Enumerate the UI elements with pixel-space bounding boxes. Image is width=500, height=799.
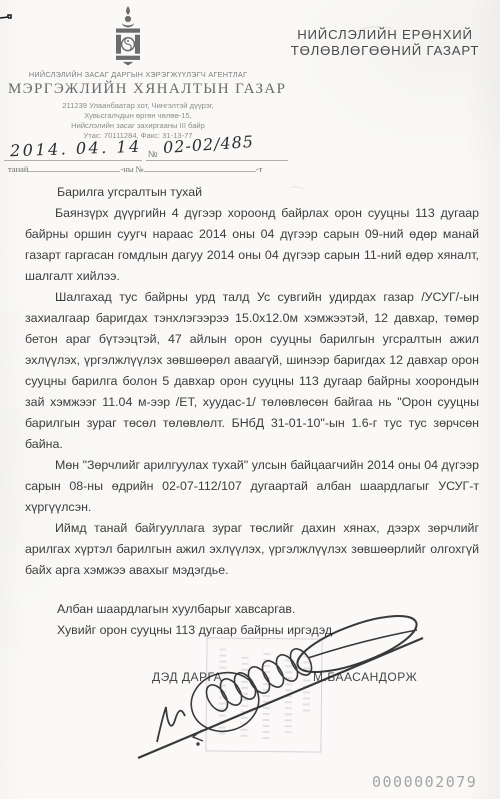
address-line: 211239 Улаанбаатар хот, Чингэлтэй дүүрэг… (8, 101, 268, 111)
your-ref-blank (28, 163, 120, 172)
scan-corner-mark (0, 13, 14, 21)
recipient-line: ТӨЛӨВЛӨГӨӨНИЙ ГАЗАРТ (282, 43, 488, 59)
your-ref-tail: -т (256, 164, 263, 174)
soyombo-emblem-icon (112, 6, 144, 66)
your-ref-line: танай-ны №-т (8, 163, 262, 174)
recipient-line: НИЙСЛЭЛИЙН ЕРӨНХИЙ (282, 27, 488, 43)
ref-underline (146, 160, 288, 161)
soyombo-moon (122, 23, 135, 27)
paragraph: Мөн "Зөрчлийг арилгуулах тухай" улсын ба… (25, 455, 479, 518)
issuing-agency-block: НИЙСЛЭЛИЙН ЗАСАГ ДАРГЫН ХЭРЭГЖҮҮЛЭГЧ АГЕ… (8, 70, 268, 141)
agency-parent-name: НИЙСЛЭЛИЙН ЗАСАГ ДАРГЫН ХЭРЭГЖҮҮЛЭГЧ АГЕ… (8, 70, 268, 79)
your-ref-label: танай (8, 164, 28, 174)
address-line: Нийслэлийн засаг захиргааны III байр (8, 121, 268, 131)
paragraph: Шалгахад тус байрны урд талд Ус сувгийн … (25, 287, 479, 455)
recipient-block: НИЙСЛЭЛИЙН ЕРӨНХИЙ ТӨЛӨВЛӨГӨӨНИЙ ГАЗАРТ (282, 27, 488, 58)
handwritten-date: 2014. 04. 14 (10, 137, 142, 161)
letter-body: Барилга угсралтын тухай Баянзүрх дүүргий… (25, 182, 479, 641)
your-ref-blank (144, 163, 256, 172)
agency-name: МЭРГЭЖЛИЙН ХЯНАЛТЫН ГАЗАР (8, 81, 268, 98)
subject-line: Барилга угсралтын тухай (57, 182, 479, 203)
address-line: Хувьсгалчдын өргөн чөлөө-15, (8, 111, 268, 121)
paragraph: Баянзүрх дүүргийн 4 дүгээр хороонд байрл… (25, 203, 479, 287)
number-sign: № (148, 149, 158, 159)
scanned-letter-page: НИЙСЛЭЛИЙН ЗАСАГ ДАРГЫН ХЭРЭГЖҮҮЛЭГЧ АГЕ… (0, 0, 500, 799)
soyombo-sun (125, 16, 131, 22)
handwritten-signature (105, 612, 435, 777)
soyombo-flame (126, 6, 130, 15)
serial-number: 0000002079 (372, 773, 477, 791)
paragraph: Иймд танай байгууллага зураг төслийг дах… (25, 518, 479, 581)
date-underline (4, 160, 142, 161)
your-ref-mid: -ны № (120, 164, 143, 174)
